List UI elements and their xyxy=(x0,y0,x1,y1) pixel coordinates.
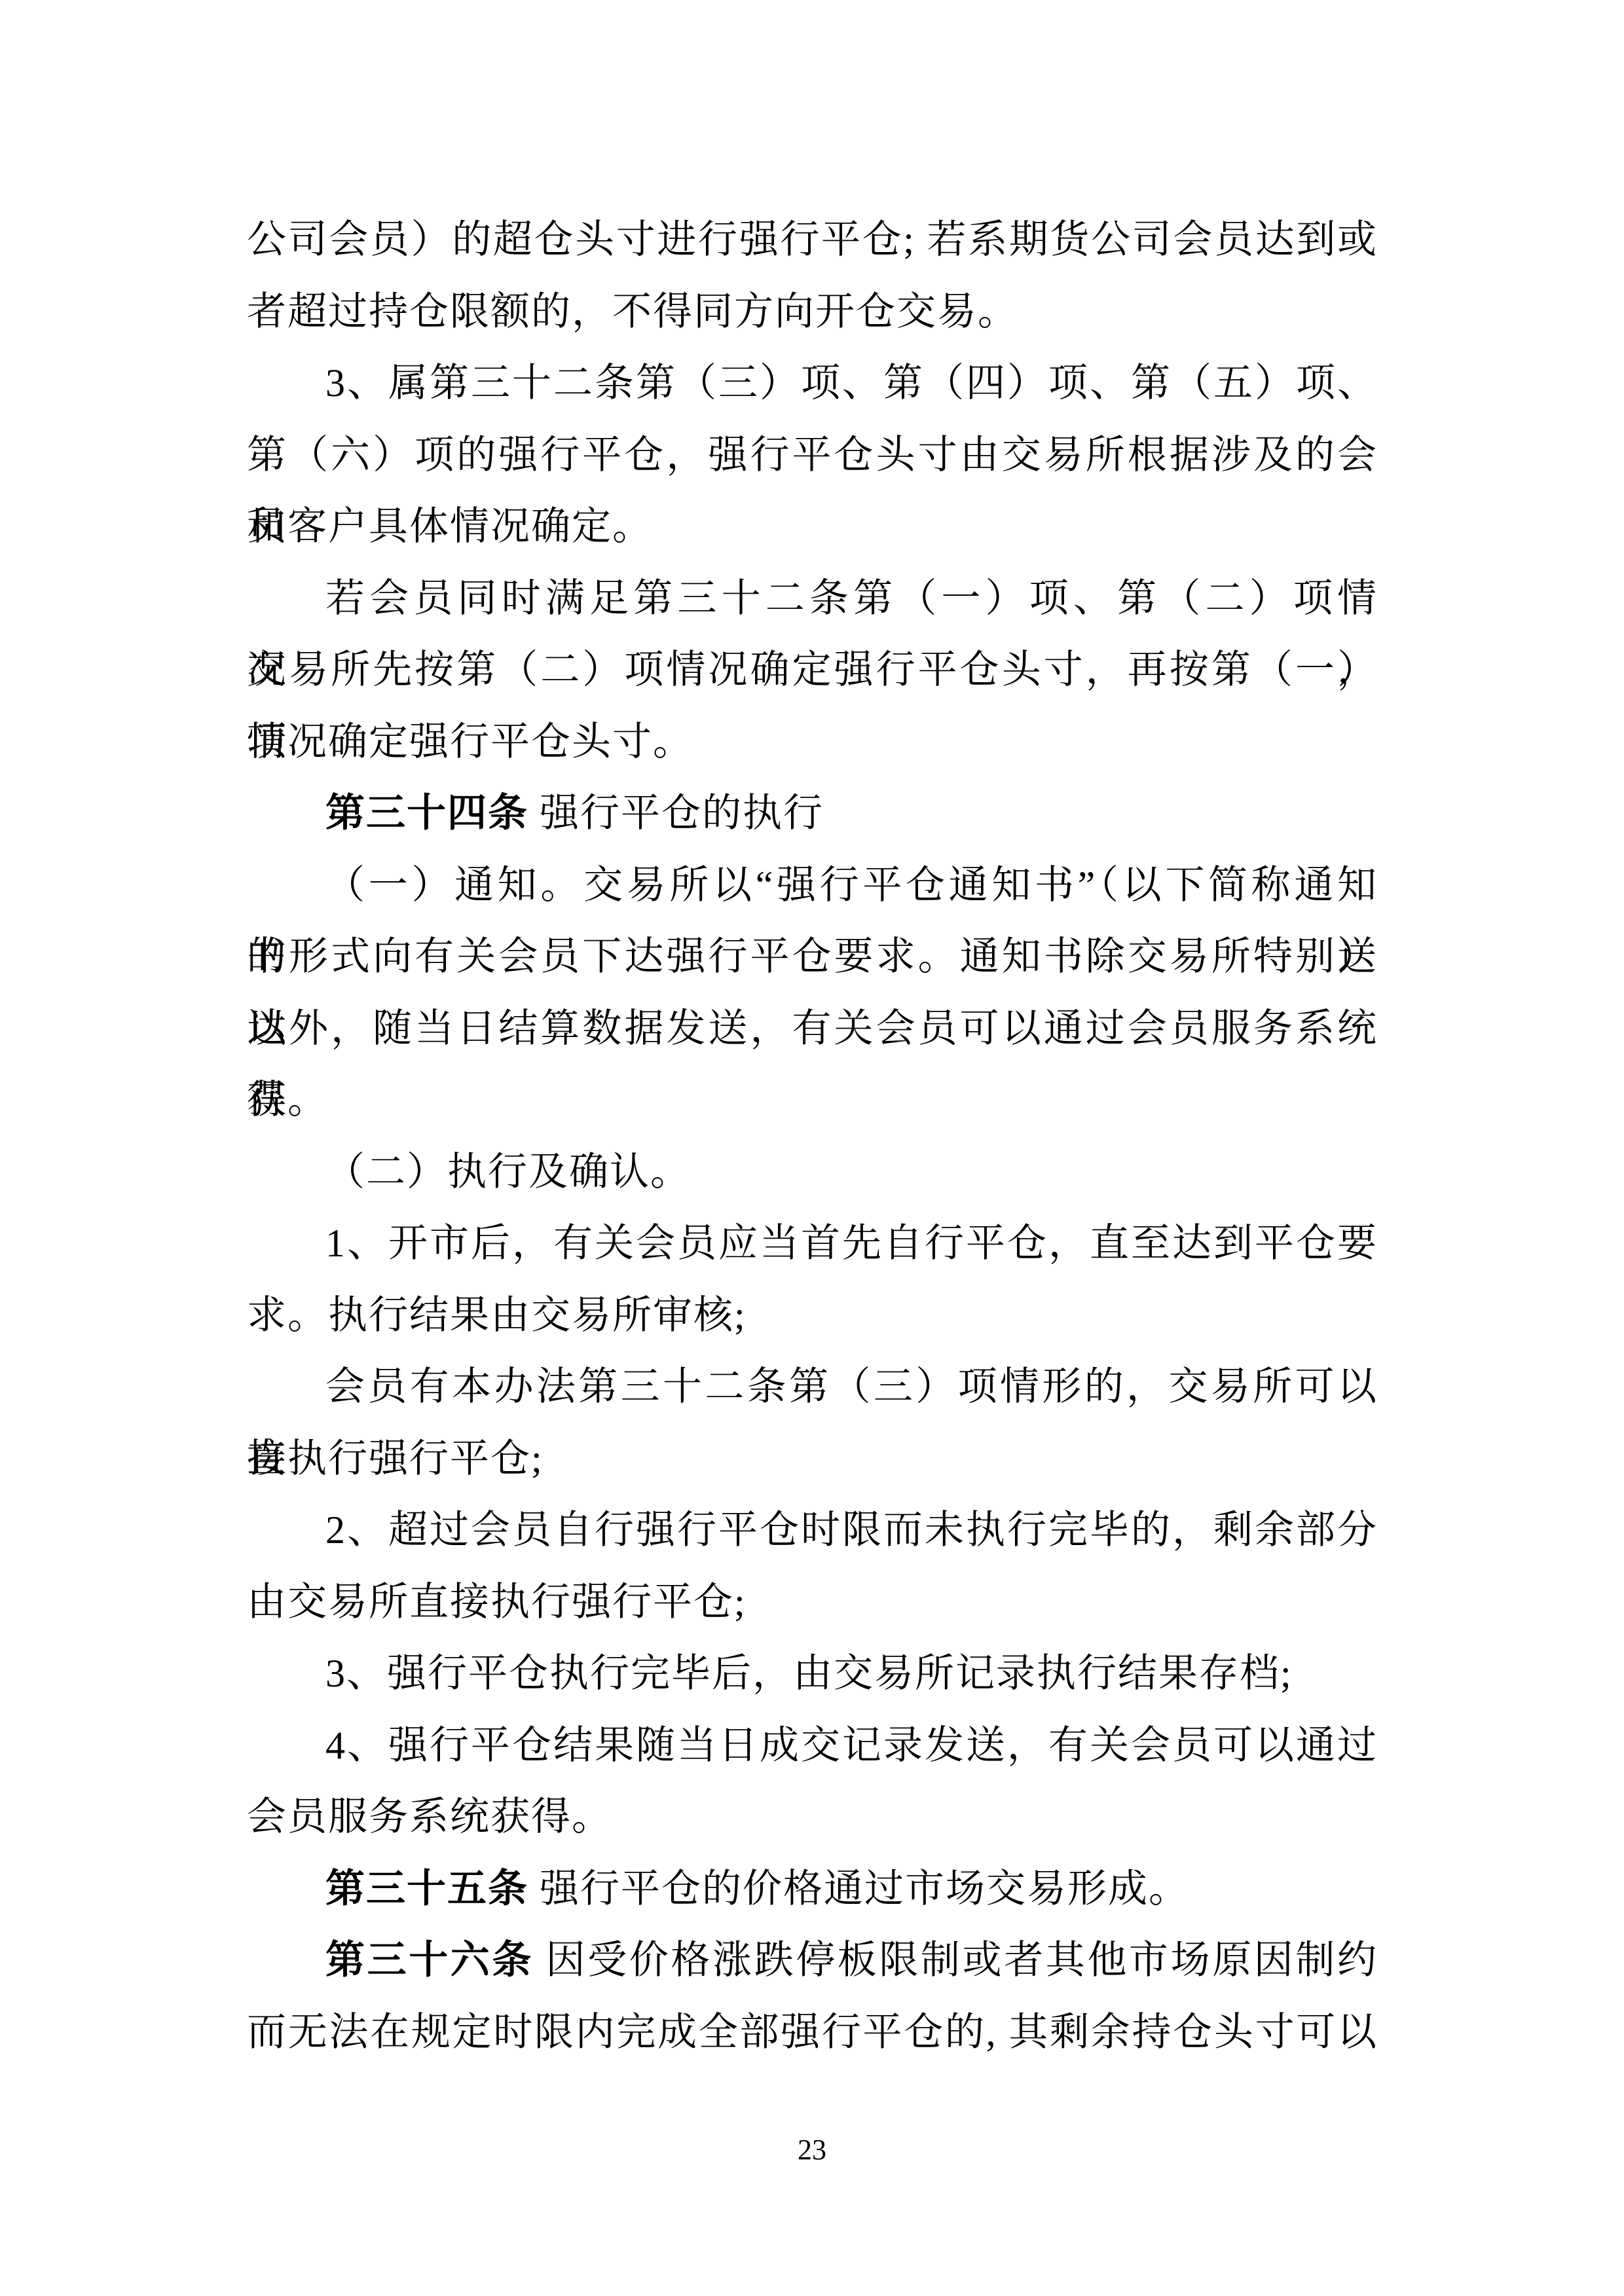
text-line: 1、开市后，有关会员应当首先自行平仓，直至达到平仓要 xyxy=(247,1208,1378,1280)
text-segment: 而无法在规定时限内完成全部强行平仓的, 其剩余持仓头寸可以 xyxy=(247,2011,1378,2054)
text-segment: （二）执行及确认。 xyxy=(325,1150,691,1194)
text-line: 和客户具体情况确定。 xyxy=(247,491,1378,563)
text-segment: 公司会员）的超仓头寸进行强行平仓; 若系期货公司会员达到或 xyxy=(247,218,1378,261)
text-line: 而无法在规定时限内完成全部强行平仓的, 其剩余持仓头寸可以 xyxy=(247,1997,1378,2069)
text-line: 公司会员）的超仓头寸进行强行平仓; 若系期货公司会员达到或 xyxy=(247,204,1378,276)
text-line: 第三十六条 因受价格涨跌停板限制或者其他市场原因制约 xyxy=(247,1925,1378,1997)
document-body: 公司会员）的超仓头寸进行强行平仓; 若系期货公司会员达到或者超过持仓限额的，不得… xyxy=(247,204,1378,2068)
text-line: 得。 xyxy=(247,1065,1378,1137)
text-segment: 得。 xyxy=(247,1078,328,1121)
text-line: 情况确定强行平仓头寸。 xyxy=(247,706,1378,778)
text-line: 4、强行平仓结果随当日成交记录发送，有关会员可以通过 xyxy=(247,1710,1378,1782)
text-line: 交易所先按第（二）项情况确定强行平仓头寸，再按第（一）项 xyxy=(247,634,1378,706)
text-line: 会员服务系统获得。 xyxy=(247,1781,1378,1853)
text-segment: 3、强行平仓执行完毕后，由交易所记录执行结果存档; xyxy=(325,1652,1293,1695)
text-line: 第（六）项的强行平仓，强行平仓头寸由交易所根据涉及的会员 xyxy=(247,420,1378,492)
text-segment: 强行平仓的价格通过市场交易形成。 xyxy=(528,1867,1189,1910)
text-line: 以外，随当日结算数据发送，有关会员可以通过会员服务系统获 xyxy=(247,993,1378,1065)
text-line: 会员有本办法第三十二条第（三）项情形的，交易所可以直 xyxy=(247,1351,1378,1423)
text-segment: 4、强行平仓结果随当日成交记录发送，有关会员可以通过 xyxy=(325,1724,1378,1767)
text-line: 第三十五条 强行平仓的价格通过市场交易形成。 xyxy=(247,1853,1378,1925)
text-segment: 者超过持仓限额的，不得同方向开仓交易。 xyxy=(247,290,1018,333)
text-line: 者超过持仓限额的，不得同方向开仓交易。 xyxy=(247,276,1378,348)
article-number: 第三十六条 xyxy=(325,1939,534,1982)
text-line: 由交易所直接执行强行平仓; xyxy=(247,1567,1378,1639)
text-segment: 强行平仓的执行 xyxy=(528,792,824,835)
text-line: 2、超过会员自行强行平仓时限而未执行完毕的，剩余部分 xyxy=(247,1495,1378,1567)
text-line: 的形式向有关会员下达强行平仓要求。通知书除交易所特别送达 xyxy=(247,921,1378,993)
text-line: 3、属第三十二条第（三）项、第（四）项、第（五）项、 xyxy=(247,348,1378,420)
text-segment: 1、开市后，有关会员应当首先自行平仓，直至达到平仓要 xyxy=(325,1222,1378,1265)
text-line: 求。执行结果由交易所审核; xyxy=(247,1280,1378,1352)
document-page: 公司会员）的超仓头寸进行强行平仓; 若系期货公司会员达到或者超过持仓限额的，不得… xyxy=(0,0,1624,2296)
text-segment: 接执行强行平仓; xyxy=(247,1437,544,1480)
text-segment: 3、属第三十二条第（三）项、第（四）项、第（五）项、 xyxy=(325,361,1378,405)
text-segment: 由交易所直接执行强行平仓; xyxy=(247,1580,747,1624)
text-segment: 会员服务系统获得。 xyxy=(247,1795,612,1838)
text-segment: 情况确定强行平仓头寸。 xyxy=(247,720,693,763)
text-segment: 2、超过会员自行强行平仓时限而未执行完毕的，剩余部分 xyxy=(325,1508,1378,1552)
text-line: 若会员同时满足第三十二条第（一）项、第（二）项情况， xyxy=(247,563,1378,635)
article-number: 第三十五条 xyxy=(325,1867,528,1910)
text-segment: 求。执行结果由交易所审核; xyxy=(247,1294,747,1337)
page-number: 23 xyxy=(0,2133,1624,2167)
text-line: （二）执行及确认。 xyxy=(247,1137,1378,1209)
text-segment: 因受价格涨跌停板限制或者其他市场原因制约 xyxy=(534,1939,1378,1982)
text-line: 第三十四条 强行平仓的执行 xyxy=(247,778,1378,850)
text-segment: 和客户具体情况确定。 xyxy=(247,505,653,548)
text-line: （一）通知。交易所以“强行平仓通知书”（以下简称通知书） xyxy=(247,850,1378,922)
article-number: 第三十四条 xyxy=(325,792,528,835)
text-line: 接执行强行平仓; xyxy=(247,1423,1378,1495)
text-line: 3、强行平仓执行完毕后，由交易所记录执行结果存档; xyxy=(247,1638,1378,1710)
